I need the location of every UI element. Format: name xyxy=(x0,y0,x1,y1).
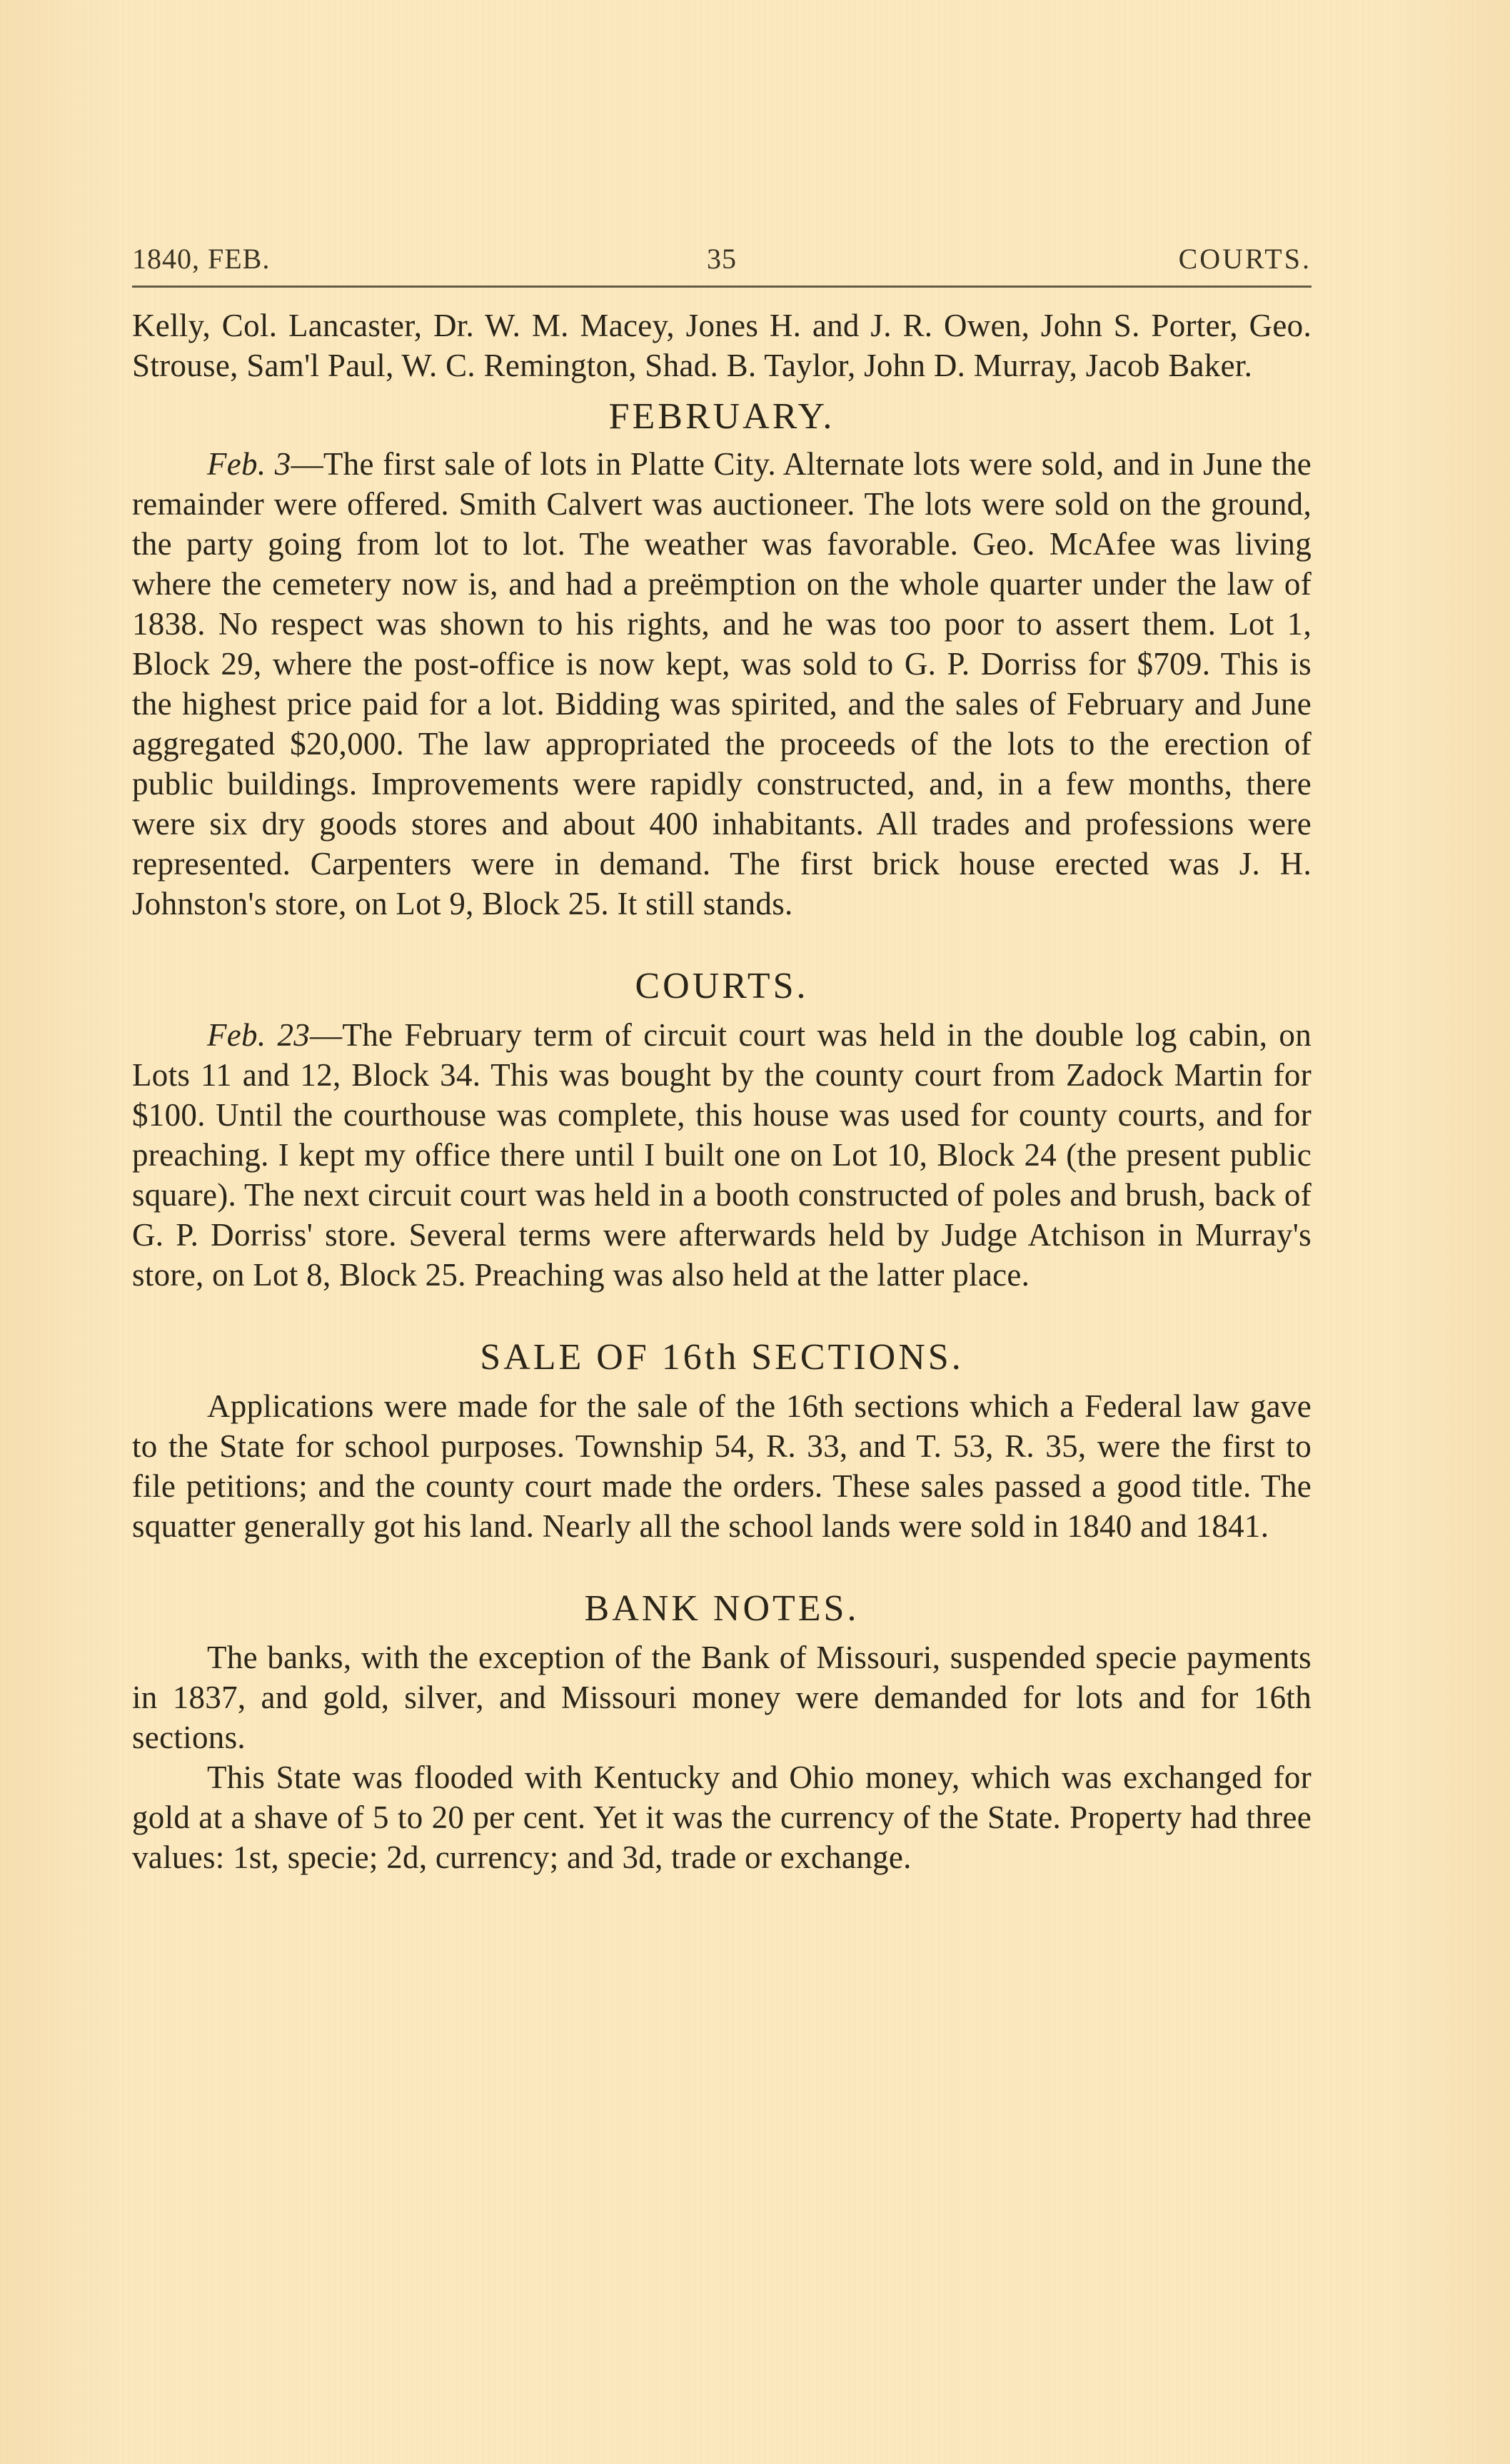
paragraph-school-lands: Applications were made for the sale of t… xyxy=(132,1386,1312,1546)
paragraph-state-money: This State was flooded with Kentucky and… xyxy=(132,1757,1312,1877)
paragraph-text: —The February term of circuit court was … xyxy=(132,1017,1312,1293)
header-rule xyxy=(132,286,1312,288)
paragraph-feb-3: Feb. 3—The first sale of lots in Platte … xyxy=(132,444,1312,924)
dateline: Feb. 3 xyxy=(207,446,291,482)
section-heading-bank-notes: BANK NOTES. xyxy=(132,1587,1312,1630)
running-head: 1840, FEB. 35 COURTS. xyxy=(132,241,1312,277)
section-heading-sale-of-16th-sections: SALE OF 16th SECTIONS. xyxy=(132,1336,1312,1379)
paragraph-feb-23: Feb. 23—The February term of circuit cou… xyxy=(132,1015,1312,1295)
paragraph-banks: The banks, with the exception of the Ban… xyxy=(132,1637,1312,1757)
running-head-section: COURTS. xyxy=(1179,241,1312,277)
paragraph-text: —The first sale of lots in Platte City. … xyxy=(132,446,1312,922)
dateline: Feb. 23 xyxy=(207,1017,310,1053)
page-number: 35 xyxy=(132,241,1312,277)
section-heading-february: FEBRUARY. xyxy=(132,395,1312,438)
continuation-paragraph: Kelly, Col. Lancaster, Dr. W. M. Macey, … xyxy=(132,306,1312,385)
section-heading-courts: COURTS. xyxy=(132,965,1312,1008)
page-body: Kelly, Col. Lancaster, Dr. W. M. Macey, … xyxy=(132,306,1312,1877)
